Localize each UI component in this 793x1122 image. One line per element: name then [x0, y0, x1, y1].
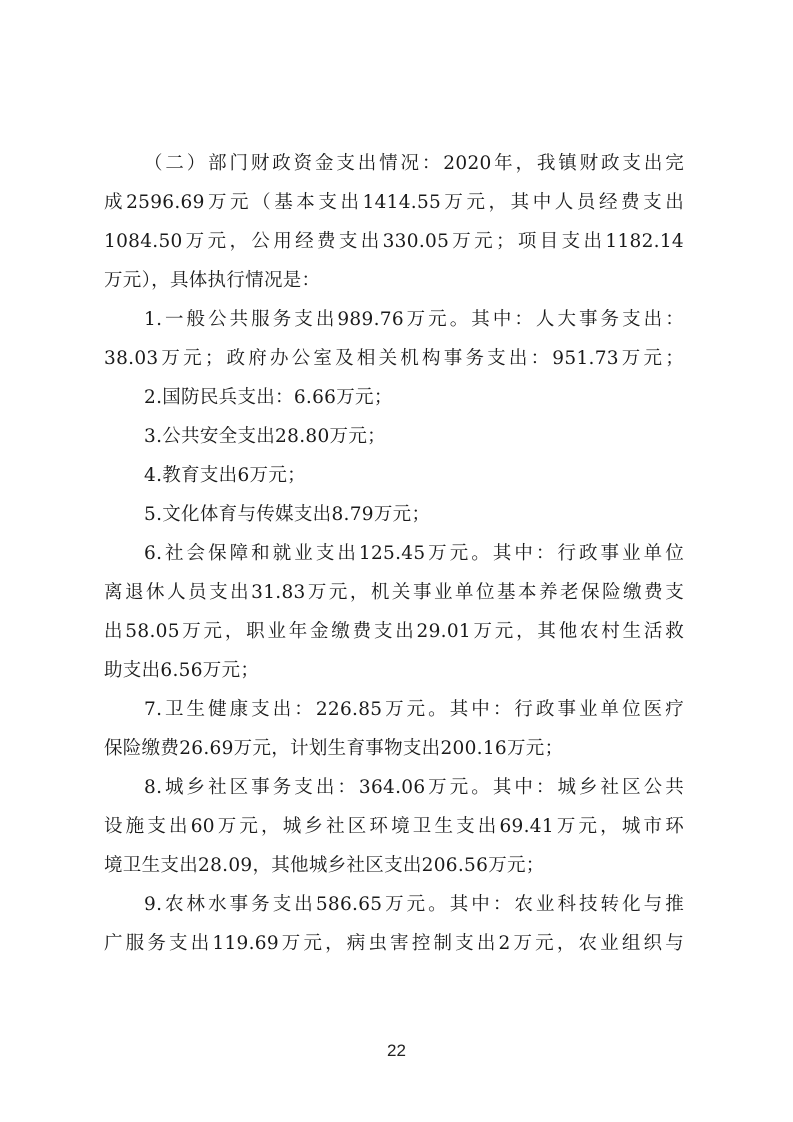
text-line: 4.教育支出6万元； [104, 456, 684, 495]
text-line: 6.社会保障和就业支出125.45万元。其中：行政事业单位 [104, 534, 684, 573]
body-text: （二）部门财政资金支出情况：2020年，我镇财政支出完 成2596.69万元（基… [104, 144, 684, 963]
text-line: 保险缴费26.69万元，计划生育事物支出200.16万元； [104, 729, 684, 768]
text-line: 离退休人员支出31.83万元，机关事业单位基本养老保险缴费支 [104, 573, 684, 612]
text-line: 9.农林水事务支出586.65万元。其中：农业科技转化与推 [104, 885, 684, 924]
text-line: 出58.05万元，职业年金缴费支出29.01万元，其他农村生活救 [104, 612, 684, 651]
text-line: 38.03万元；政府办公室及相关机构事务支出：951.73万元； [104, 339, 684, 378]
page-number: 22 [0, 1041, 793, 1061]
text-line: 8.城乡社区事务支出：364.06万元。其中：城乡社区公共 [104, 768, 684, 807]
text-line: 1.一般公共服务支出989.76万元。其中：人大事务支出： [104, 300, 684, 339]
text-line: 境卫生支出28.09，其他城乡社区支出206.56万元； [104, 846, 684, 885]
text-line: （二）部门财政资金支出情况：2020年，我镇财政支出完 [104, 144, 684, 183]
text-line: 设施支出60万元，城乡社区环境卫生支出69.41万元，城市环 [104, 807, 684, 846]
text-line: 万元），具体执行情况是： [104, 261, 684, 300]
text-line: 广服务支出119.69万元，病虫害控制支出2万元，农业组织与 [104, 924, 684, 963]
text-line: 5.文化体育与传媒支出8.79万元； [104, 495, 684, 534]
text-line: 成2596.69万元（基本支出1414.55万元，其中人员经费支出 [104, 183, 684, 222]
text-line: 1084.50万元，公用经费支出330.05万元；项目支出1182.14 [104, 222, 684, 261]
text-line: 助支出6.56万元； [104, 651, 684, 690]
text-line: 3.公共安全支出28.80万元； [104, 417, 684, 456]
text-line: 7.卫生健康支出：226.85万元。其中：行政事业单位医疗 [104, 690, 684, 729]
text-line: 2.国防民兵支出：6.66万元； [104, 378, 684, 417]
document-page: （二）部门财政资金支出情况：2020年，我镇财政支出完 成2596.69万元（基… [0, 0, 793, 1122]
